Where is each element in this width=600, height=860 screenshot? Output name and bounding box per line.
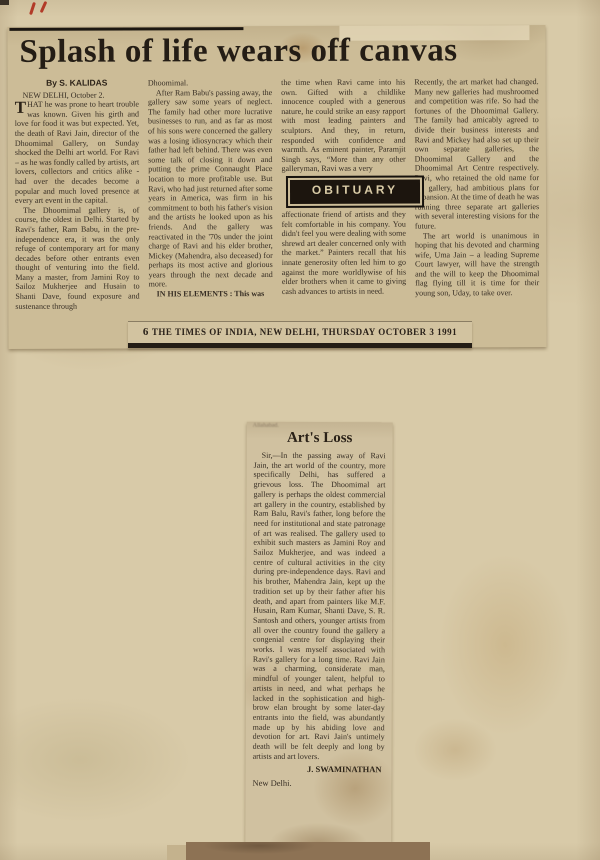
article-paragraph: Dhoomimal. bbox=[148, 78, 272, 88]
letter-title: Art's Loss bbox=[247, 430, 393, 448]
scrapbook-page: Splash of life wears off canvas By S. KA… bbox=[0, 0, 600, 860]
paragraph-text: HAT he was prone to heart trouble was kn… bbox=[15, 100, 140, 205]
article-paragraph: Recently, the art market had changed. Ma… bbox=[414, 77, 539, 231]
article-paragraph: THAT he was prone to heart trouble was k… bbox=[15, 100, 140, 206]
corner-ink-mark bbox=[0, 0, 9, 5]
article-paragraph: the time when Ravi came into his own. Gi… bbox=[281, 78, 406, 174]
article-paragraph: affectionate friend of artists and they … bbox=[282, 209, 407, 296]
letter-signature: J. SWAMINATHAN bbox=[246, 763, 392, 774]
photo-caption-lead: IN HIS ELEMENTS : This was bbox=[149, 289, 273, 299]
newspaper-folio-strip: 6THE TIMES OF INDIA, NEW DELHI, THURSDAY… bbox=[128, 321, 472, 348]
folio-text: THE TIMES OF INDIA, NEW DELHI, THURSDAY … bbox=[152, 327, 457, 337]
obituary-kicker-label: OBITUARY bbox=[290, 180, 420, 204]
letter-place: New Delhi. bbox=[245, 777, 391, 788]
paper-scrap bbox=[186, 842, 430, 860]
torn-text-fragment: Allahabad. bbox=[253, 423, 393, 429]
obituary-clipping: Splash of life wears off canvas By S. KA… bbox=[7, 25, 546, 349]
article-paragraph: The art world is unanimous in hoping tha… bbox=[415, 231, 539, 299]
paper-scrap bbox=[167, 845, 188, 860]
drop-cap: T bbox=[15, 100, 27, 115]
letter-body: Sir,—In the passing away of Ravi Jain, t… bbox=[246, 451, 393, 762]
article-columns: By S. KALIDAS NEW DELHI, October 2. THAT… bbox=[15, 77, 540, 347]
article-paragraph: After Ram Babu's passing away, the galle… bbox=[148, 88, 273, 290]
page-number: 6 bbox=[143, 326, 149, 338]
letter-clipping: Allahabad. Art's Loss Sir,—In the passin… bbox=[245, 422, 392, 849]
obituary-kicker-box: OBITUARY bbox=[286, 175, 424, 207]
article-column-3: the time when Ravi came into his own. Gi… bbox=[281, 78, 406, 346]
article-column-4: Recently, the art market had changed. Ma… bbox=[414, 77, 539, 345]
article-column-1: By S. KALIDAS NEW DELHI, October 2. THAT… bbox=[15, 78, 140, 346]
byline: By S. KALIDAS bbox=[15, 78, 139, 88]
article-headline: Splash of life wears off canvas bbox=[19, 32, 529, 71]
red-pen-mark bbox=[29, 2, 36, 15]
headline-rule bbox=[9, 27, 243, 31]
red-pen-mark bbox=[40, 1, 48, 13]
article-column-2: Dhoomimal. After Ram Babu's passing away… bbox=[148, 78, 273, 346]
article-paragraph: The Dhoomimal gallery is, of course, the… bbox=[15, 205, 140, 311]
